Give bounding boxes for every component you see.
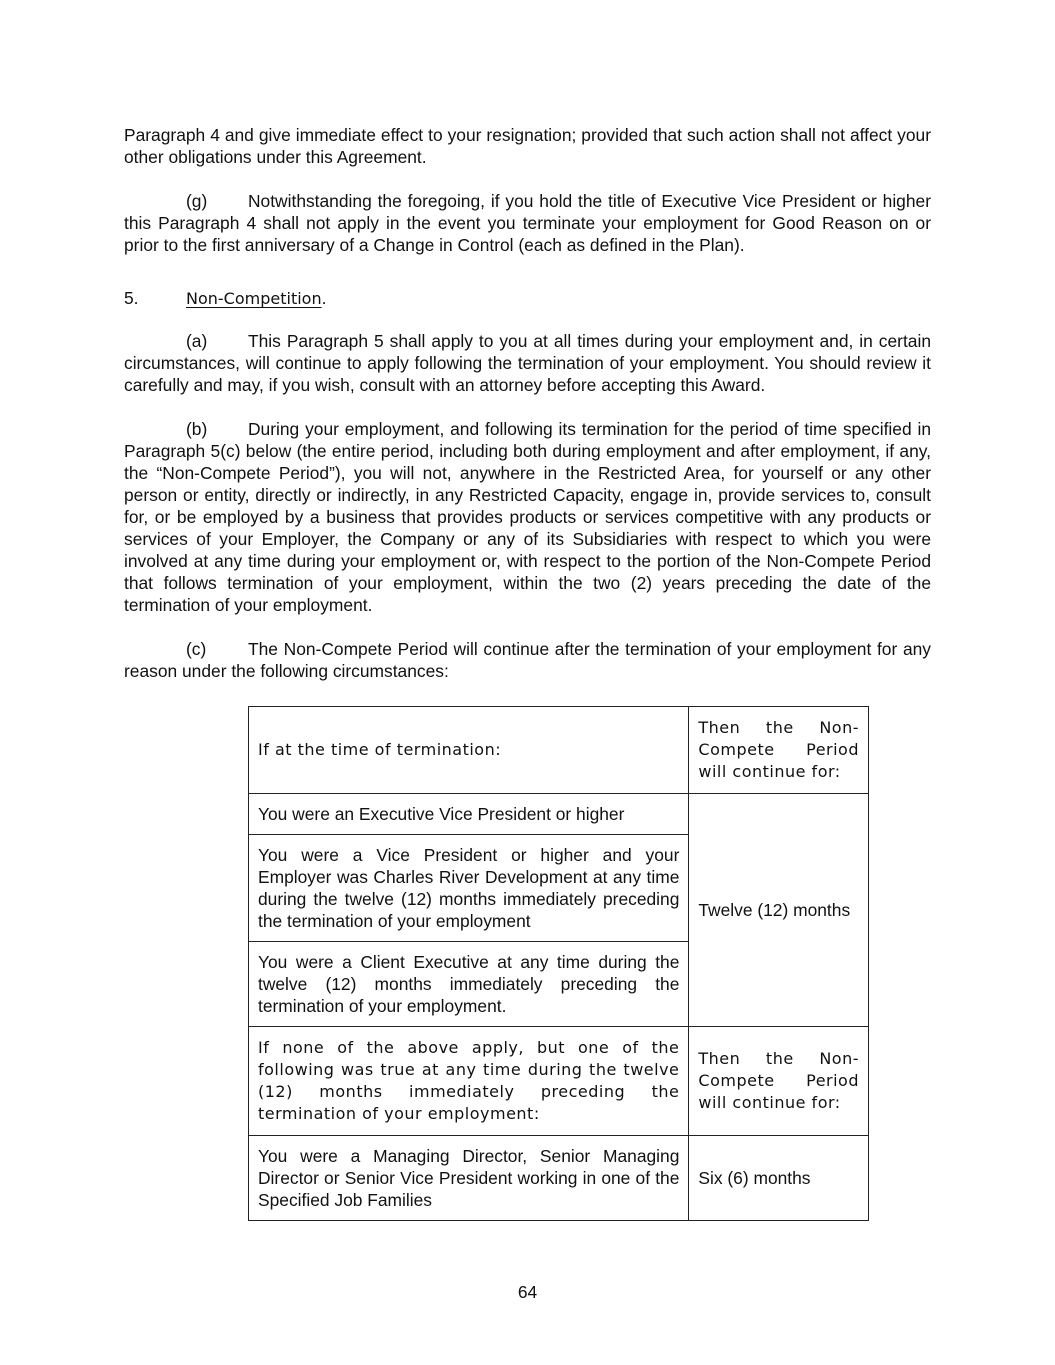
paragraph-5c: (c)The Non-Compete Period will continue …: [124, 638, 931, 682]
table-header-condition: If at the time of termination:: [249, 707, 689, 794]
table-header-period: Then the Non-Compete Period will continu…: [689, 707, 869, 794]
section-title-suffix: .: [322, 288, 327, 308]
table-header-row: If at the time of termination: Then the …: [249, 707, 869, 794]
table-row: You were a Managing Director, Senior Man…: [249, 1136, 869, 1221]
paragraph-label: (c): [186, 638, 248, 660]
table-cell-condition: You were a Managing Director, Senior Man…: [249, 1136, 689, 1221]
table-row: You were an Executive Vice President or …: [249, 794, 869, 835]
paragraph-5a: (a)This Paragraph 5 shall apply to you a…: [124, 330, 931, 396]
section-title: Non-Competition: [186, 289, 322, 308]
table-subheader-period: Then the Non-Compete Period will continu…: [689, 1027, 869, 1136]
paragraph-label: (b): [186, 418, 248, 440]
table-cell-condition: You were a Client Executive at any time …: [249, 942, 689, 1027]
paragraph-label: (a): [186, 330, 248, 352]
page-number: 64: [0, 1282, 1055, 1303]
section-5-heading: 5.Non-Competition.: [124, 287, 931, 310]
table-cell-period: Six (6) months: [689, 1136, 869, 1221]
paragraph-5b: (b)During your employment, and following…: [124, 418, 931, 616]
table-subheader-row: If none of the above apply, but one of t…: [249, 1027, 869, 1136]
paragraph-4-continuation: Paragraph 4 and give immediate effect to…: [124, 124, 931, 168]
paragraph-4g: (g)Notwithstanding the foregoing, if you…: [124, 190, 931, 256]
document-page: Paragraph 4 and give immediate effect to…: [124, 124, 931, 682]
paragraph-label: (g): [186, 190, 248, 212]
section-number: 5.: [124, 287, 186, 309]
paragraph-text: During your employment, and following it…: [124, 419, 931, 615]
non-compete-table: If at the time of termination: Then the …: [248, 706, 869, 1221]
table-cell-condition: You were an Executive Vice President or …: [249, 794, 689, 835]
table-cell-condition: You were a Vice President or higher and …: [249, 835, 689, 942]
table-subheader-condition: If none of the above apply, but one of t…: [249, 1027, 689, 1136]
table-cell-period: Twelve (12) months: [689, 794, 869, 1027]
